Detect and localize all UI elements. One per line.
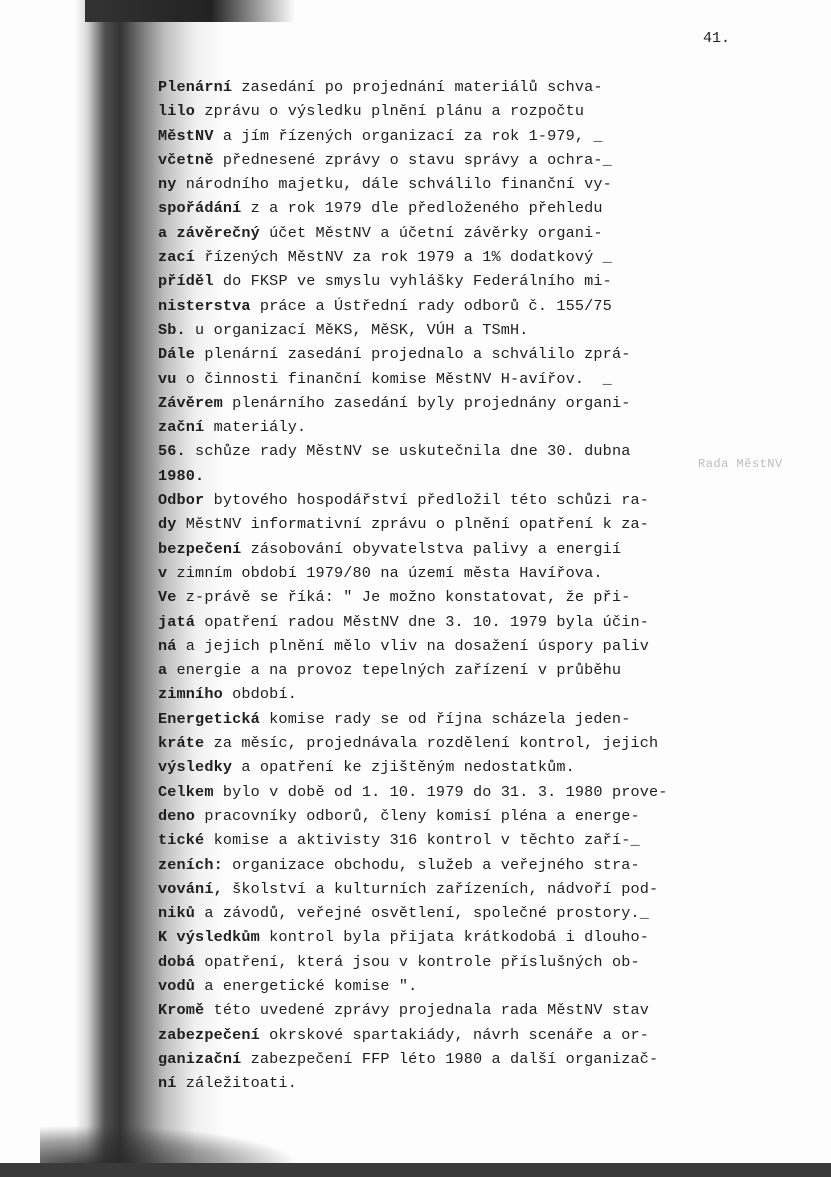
line-lead-word: deno (158, 807, 195, 825)
line-text: do FKSP ve smyslu vyhlášky Federálního m… (214, 272, 612, 290)
text-line: jatá opatření radou MěstNV dne 3. 10. 19… (158, 610, 718, 634)
line-text: této uvedené zprávy projednala rada Měst… (204, 1001, 649, 1019)
line-text: záležitoati. (177, 1074, 297, 1092)
text-line: ny národního majetku, dále schválilo fin… (158, 172, 718, 196)
line-lead-word: Kromě (158, 1001, 204, 1019)
text-line: bezpečení zásobování obyvatelstva palivy… (158, 537, 718, 561)
text-line: zimního období. (158, 682, 718, 706)
line-lead-word: zací (158, 248, 195, 266)
line-lead-word: MěstNV (158, 127, 214, 145)
page-number: 41. (703, 30, 730, 47)
text-line: ná a jejich plnění mělo vliv na dosažení… (158, 634, 718, 658)
text-line: ganizační zabezpečení FFP léto 1980 a da… (158, 1047, 718, 1071)
text-line: vodů a energetické komise ". (158, 974, 718, 998)
line-text: komise rady se od října scházela jeden- (260, 710, 631, 728)
text-line: vování, školství a kulturních zařízeních… (158, 877, 718, 901)
line-text: o činnosti finanční komise MěstNV H-avíř… (177, 370, 612, 388)
line-lead-word: ganizační (158, 1050, 241, 1068)
scan-edge-top (85, 0, 295, 22)
line-lead-word: zeních: (158, 856, 223, 874)
line-text: organizace obchodu, služeb a veřejného s… (223, 856, 640, 874)
line-lead-word: dobá (158, 953, 195, 971)
text-line: zabezpečení okrskové spartakiády, návrh … (158, 1023, 718, 1047)
line-text: plenárního zasedání byly projednány orga… (223, 394, 631, 412)
line-text: okrskové spartakiády, návrh scenáře a or… (260, 1026, 649, 1044)
line-text: energie a na provoz tepelných zařízení v… (167, 661, 621, 679)
line-text: školství a kulturních zařízeních, nádvoř… (223, 880, 658, 898)
line-text: z a rok 1979 dle předloženého přehledu (241, 199, 602, 217)
line-lead-word: Dále (158, 345, 195, 363)
line-text: zimním období 1979/80 na území města Hav… (167, 564, 602, 582)
line-text: opatření radou MěstNV dne 3. 10. 1979 by… (195, 613, 649, 631)
text-line: Energetická komise rady se od října schá… (158, 707, 718, 731)
page-curl-shadow (40, 1125, 300, 1165)
line-lead-word: jatá (158, 613, 195, 631)
text-line: v zimním období 1979/80 na území města H… (158, 561, 718, 585)
line-text: zasedání po projednání materiálů schva- (232, 78, 603, 96)
line-text: a jejich plnění mělo vliv na dosažení ús… (177, 637, 649, 655)
line-text: a opatření ke zjištěným nedostatkům. (232, 758, 575, 776)
line-lead-word: v (158, 564, 167, 582)
line-lead-word: Odbor (158, 491, 204, 509)
line-text: řízených MěstNV za rok 1979 a 1% dodatko… (195, 248, 612, 266)
line-text: účet MěstNV a účetní závěrky organi- (260, 224, 603, 242)
text-line: výsledky a opatření ke zjištěným nedosta… (158, 755, 718, 779)
line-lead-word: zační (158, 418, 204, 436)
line-lead-word: niků (158, 904, 195, 922)
line-text: zásobování obyvatelstva palivy a energií (241, 540, 621, 558)
line-text: bylo v době od 1. 10. 1979 do 31. 3. 198… (214, 783, 668, 801)
scan-edge-bottom (0, 1163, 831, 1177)
line-lead-word: Energetická (158, 710, 260, 728)
text-line: 1980. (158, 464, 718, 488)
line-lead-word: vování, (158, 880, 223, 898)
line-lead-word: spořádání (158, 199, 241, 217)
text-line: Plenární zasedání po projednání materiál… (158, 75, 718, 99)
line-lead-word: kráte (158, 734, 204, 752)
text-line: Ve z-právě se říká: " Je možno konstatov… (158, 585, 718, 609)
line-text: komise a aktivisty 316 kontrol v těchto … (204, 831, 639, 849)
line-lead-word: Sb. (158, 321, 186, 339)
line-lead-word: zimního (158, 685, 223, 703)
text-line: niků a závodů, veřejné osvětlení, společ… (158, 901, 718, 925)
line-lead-word: zabezpečení (158, 1026, 260, 1044)
line-text: pracovníky odborů, členy komisí pléna a … (195, 807, 640, 825)
text-line: dobá opatření, která jsou v kontrole pří… (158, 950, 718, 974)
text-line: kráte za měsíc, projednávala rozdělení k… (158, 731, 718, 755)
text-line: zeních: organizace obchodu, služeb a veř… (158, 853, 718, 877)
line-text: materiály. (204, 418, 306, 436)
line-lead-word: dy (158, 515, 177, 533)
line-lead-word: 1980. (158, 467, 204, 485)
text-line: MěstNV a jím řízených organizací za rok … (158, 124, 718, 148)
text-line: příděl do FKSP ve smyslu vyhlášky Federá… (158, 269, 718, 293)
text-line: a energie a na provoz tepelných zařízení… (158, 658, 718, 682)
line-lead-word: vu (158, 370, 177, 388)
line-text: a jím řízených organizací za rok 1-979, … (214, 127, 603, 145)
typewritten-body: Plenární zasedání po projednání materiál… (158, 75, 718, 1095)
text-line: Závěrem plenárního zasedání byly projedn… (158, 391, 718, 415)
line-text: u organizací MěKS, MěSK, VÚH a TSmH. (186, 321, 529, 339)
line-text: a závodů, veřejné osvětlení, společné pr… (195, 904, 649, 922)
text-line: K výsledkům kontrol byla přijata krátkod… (158, 925, 718, 949)
line-text: zprávu o výsledku plnění plánu a rozpočt… (195, 102, 584, 120)
line-text: opatření, která jsou v kontrole příslušn… (195, 953, 640, 971)
line-text: práce a Ústřední rady odborů č. 155/75 (251, 297, 612, 315)
line-lead-word: Závěrem (158, 394, 223, 412)
line-text: a energetické komise ". (195, 977, 417, 995)
line-text: národního majetku, dále schválilo finanč… (177, 175, 612, 193)
text-line: Odbor bytového hospodářství předložil té… (158, 488, 718, 512)
text-line: Kromě této uvedené zprávy projednala rad… (158, 998, 718, 1022)
line-lead-word: Plenární (158, 78, 232, 96)
line-text: za měsíc, projednávala rozdělení kontrol… (204, 734, 658, 752)
line-lead-word: vodů (158, 977, 195, 995)
line-lead-word: ní (158, 1074, 177, 1092)
line-text: plenární zasedání projednalo a schválilo… (195, 345, 630, 363)
line-lead-word: Ve (158, 588, 177, 606)
line-lead-word: výsledky (158, 758, 232, 776)
line-lead-word: tické (158, 831, 204, 849)
line-text: období. (223, 685, 297, 703)
line-lead-word: 56. (158, 442, 186, 460)
text-line: včetně přednesené zprávy o stavu správy … (158, 148, 718, 172)
line-lead-word: Celkem (158, 783, 214, 801)
line-text: z-právě se říká: " Je možno konstatovat,… (177, 588, 631, 606)
text-line: Dále plenární zasedání projednalo a schv… (158, 342, 718, 366)
line-text: zabezpečení FFP léto 1980 a další organi… (241, 1050, 658, 1068)
line-lead-word: a (158, 661, 167, 679)
text-line: dy MěstNV informativní zprávu o plnění o… (158, 512, 718, 536)
text-line: deno pracovníky odborů, členy komisí plé… (158, 804, 718, 828)
text-line: 56. schůze rady MěstNV se uskutečnila dn… (158, 439, 718, 463)
line-lead-word: ny (158, 175, 177, 193)
text-line: lilo zprávu o výsledku plnění plánu a ro… (158, 99, 718, 123)
text-line: nisterstva práce a Ústřední rady odborů … (158, 294, 718, 318)
line-text: kontrol byla přijata krátkodobá i dlouho… (260, 928, 649, 946)
text-line: vu o činnosti finanční komise MěstNV H-a… (158, 367, 718, 391)
line-lead-word: včetně (158, 151, 214, 169)
line-lead-word: K výsledkům (158, 928, 260, 946)
line-lead-word: lilo (158, 102, 195, 120)
line-text: MěstNV informativní zprávu o plnění opat… (177, 515, 649, 533)
text-line: zační materiály. (158, 415, 718, 439)
line-text: přednesené zprávy o stavu správy a ochra… (214, 151, 612, 169)
text-line: zací řízených MěstNV za rok 1979 a 1% do… (158, 245, 718, 269)
text-line: spořádání z a rok 1979 dle předloženého … (158, 196, 718, 220)
text-line: Celkem bylo v době od 1. 10. 1979 do 31.… (158, 780, 718, 804)
line-text: schůze rady MěstNV se uskutečnila dne 30… (186, 442, 631, 460)
line-lead-word: bezpečení (158, 540, 241, 558)
text-line: Sb. u organizací MěKS, MěSK, VÚH a TSmH. (158, 318, 718, 342)
line-lead-word: nisterstva (158, 297, 251, 315)
text-line: ní záležitoati. (158, 1071, 718, 1095)
text-line: a závěrečný účet MěstNV a účetní závěrky… (158, 221, 718, 245)
line-lead-word: ná (158, 637, 177, 655)
text-line: tické komise a aktivisty 316 kontrol v t… (158, 828, 718, 852)
line-text: bytového hospodářství předložil této sch… (204, 491, 649, 509)
line-lead-word: a závěrečný (158, 224, 260, 242)
line-lead-word: příděl (158, 272, 214, 290)
